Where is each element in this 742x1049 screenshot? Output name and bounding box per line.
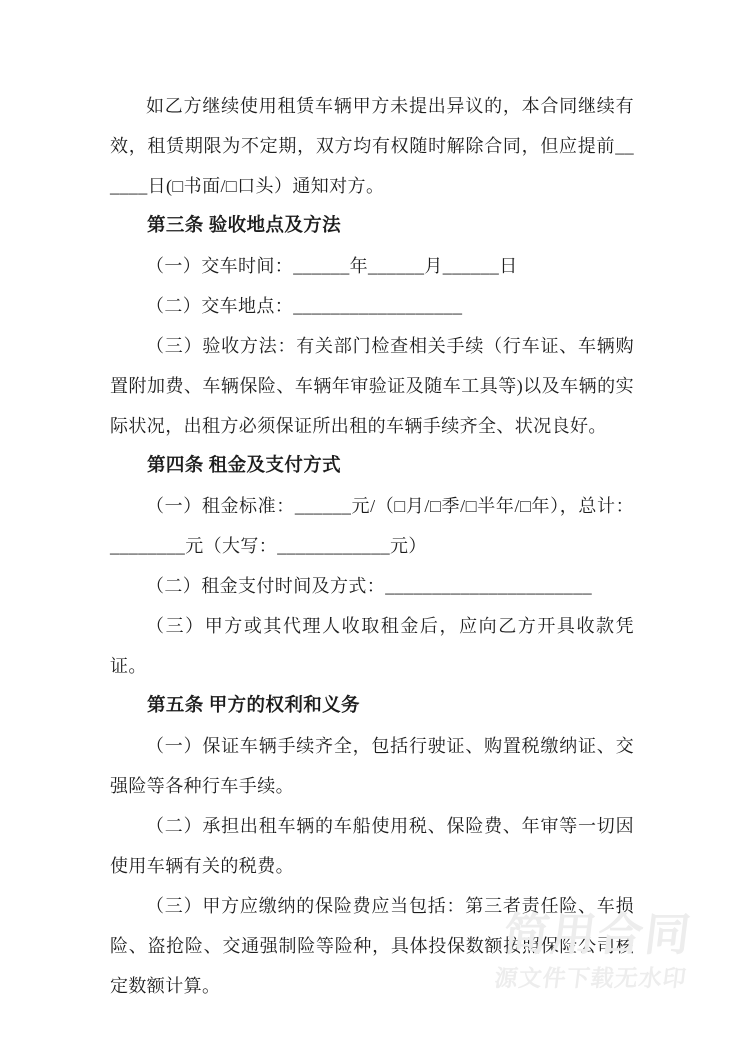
item-rent-payment-method: （二）租金支付时间及方式：______________________ [110,566,634,606]
item-delivery-time: （一）交车时间：______年______月______日 [110,246,634,286]
item-delivery-place: （二）交车地点：__________________ [110,286,634,326]
item-rent-standard: （一）租金标准：______元/（□月/□季/□半年/□年），总计：______… [110,486,634,566]
item-vehicle-documents: （一）保证车辆手续齐全，包括行驶证、购置税缴纳证、交强险等各种行车手续。 [110,726,634,806]
item-insurance-coverage: （三）甲方应缴纳的保险费应当包括：第三者责任险、车损险、盗抢险、交通强制险等险种… [110,886,634,1006]
item-taxes-and-fees: （二）承担出租车辆的车船使用税、保险费、年审等一切因使用车辆有关的税费。 [110,806,634,886]
item-inspection-method: （三）验收方法：有关部门检查相关手续（行车证、车辆购置附加费、车辆保险、车辆年审… [110,326,634,446]
item-rent-receipt: （三）甲方或其代理人收取租金后，应向乙方开具收款凭证。 [110,606,634,686]
paragraph-renewal-clause: 如乙方继续使用租赁车辆甲方未提出异议的，本合同继续有效，租赁期限为不定期，双方均… [110,86,634,206]
heading-article-5: 第五条 甲方的权利和义务 [110,686,634,726]
contract-page: 如乙方继续使用租赁车辆甲方未提出异议的，本合同继续有效，租赁期限为不定期，双方均… [0,0,742,1049]
heading-article-3: 第三条 验收地点及方法 [110,206,634,246]
heading-article-4: 第四条 租金及支付方式 [110,446,634,486]
